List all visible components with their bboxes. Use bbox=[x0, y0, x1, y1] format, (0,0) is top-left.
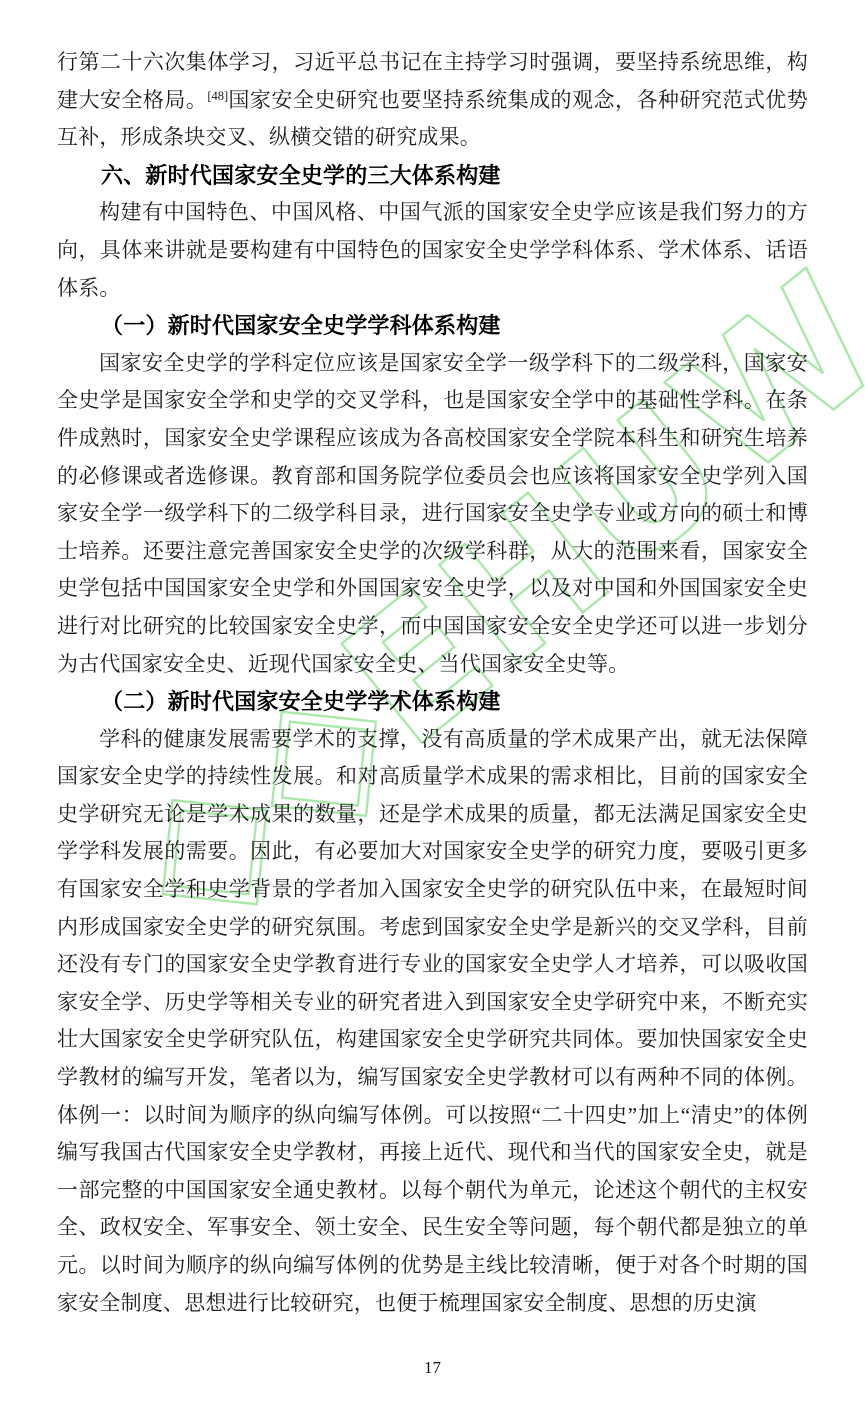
footnote-ref: [48] bbox=[207, 89, 228, 103]
paragraph-continuation: 行第二十六次集体学习，习近平总书记在主持学习时强调，要坚持系统思维，构建大安全格… bbox=[57, 44, 808, 157]
document-page: ◇◇EHUW 行第二十六次集体学习，习近平总书记在主持学习时强调，要坚持系统思维… bbox=[0, 0, 865, 1423]
paragraph: 国家安全史学的学科定位应该是国家安全学一级学科下的二级学科，国家安全史学是国家安… bbox=[57, 345, 808, 683]
paragraph: 构建有中国特色、中国风格、中国气派的国家安全史学应该是我们努力的方向，具体来讲就… bbox=[57, 194, 808, 307]
page-number: 17 bbox=[0, 1356, 865, 1380]
subsection-heading-1: （一）新时代国家安全史学学科体系构建 bbox=[57, 307, 808, 345]
paragraph: 学科的健康发展需要学术的支撑，没有高质量的学术成果产出，就无法保障国家安全史学的… bbox=[57, 721, 808, 1323]
subsection-heading-2: （二）新时代国家安全史学学术体系构建 bbox=[57, 683, 808, 721]
page-content: 行第二十六次集体学习，习近平总书记在主持学习时强调，要坚持系统思维，构建大安全格… bbox=[57, 44, 808, 1322]
section-heading: 六、新时代国家安全史学的三大体系构建 bbox=[57, 157, 808, 195]
